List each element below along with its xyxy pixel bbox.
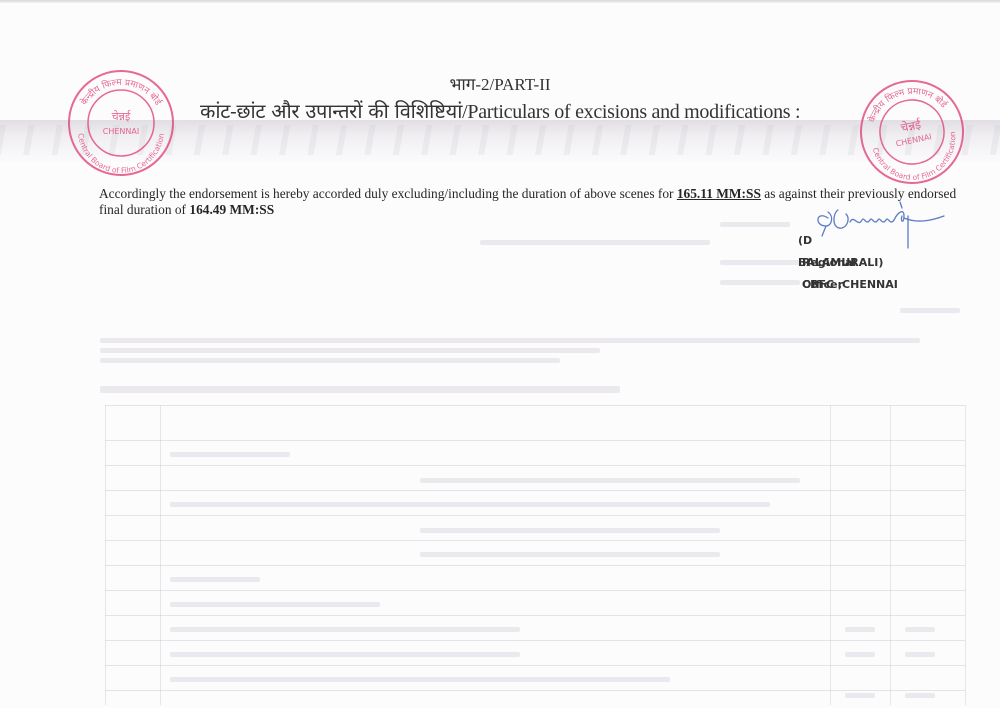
stamp-left-bottom-text: Central Board of Film Certification: [76, 132, 166, 175]
endorsement-text-before: Accordingly the endorsement is hereby ac…: [99, 186, 677, 201]
signatory-office: CBFC ,CHENNAI: [802, 274, 900, 296]
page-top-edge: [0, 0, 1000, 3]
signatory-name: (D BALAMURALI): [798, 230, 900, 252]
section-title-english: Particulars of excisions and modificatio…: [467, 101, 800, 123]
signatory-designation: Regional Officer: [802, 252, 900, 274]
previous-duration: 164.49 MM:SS: [189, 202, 274, 217]
part-label: भाग-2/PART-II: [0, 72, 1000, 95]
stamp-right-city-hindi: चेन्नई: [899, 117, 923, 135]
section-title: कांट-छांट और उपान्तरों की विशिष्टियां/Pa…: [200, 97, 860, 124]
svg-text:Central Board of Film Certific: Central Board of Film Certification: [76, 132, 166, 175]
section-title-hindi: कांट-छांट और उपान्तरों की विशिष्टियां: [200, 99, 462, 123]
stamp-left-city-hindi: चेन्नई: [112, 110, 132, 123]
new-duration: 165.11 MM:SS: [677, 186, 761, 201]
stamp-left-city: CHENNAI: [103, 127, 139, 136]
signatory-block: (D BALAMURALI) Regional Officer CBFC ,CH…: [790, 230, 900, 296]
stamp-right-city: CHENNAI: [895, 132, 933, 148]
